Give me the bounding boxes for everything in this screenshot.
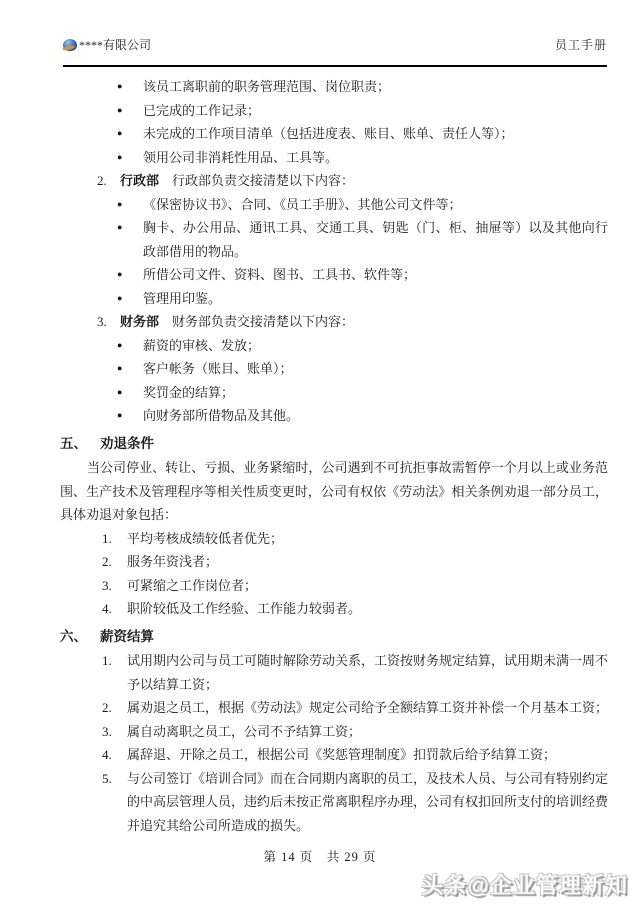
list-item-text: 职阶较低及工作经验、工作能力较弱者。 <box>127 601 361 616</box>
bullet-icon: ● <box>117 381 122 405</box>
sub-numbered-item: 5.与公司签订《培训合同》而在合同期内离职的员工，及技术人员、与公司有特别约定的… <box>60 767 608 838</box>
company-brand: ****有限公司 <box>63 36 151 53</box>
bullet-list-item: ●向财务部所借物品及其他。 <box>60 404 608 428</box>
section-heading: 五、劝退条件 <box>60 432 608 456</box>
item-number: 4. <box>102 743 112 767</box>
bullet-list-item: ●客户帐务（账目、账单）； <box>60 357 608 381</box>
company-logo-icon <box>63 39 77 51</box>
list-item-text: 服务年资浅者； <box>127 554 218 569</box>
numbered-list-item: 3.财务部财务部负责交接清楚以下内容： <box>60 310 608 334</box>
bullet-list-item: ●薪资的审核、发放； <box>60 334 608 358</box>
bullet-icon: ● <box>117 334 122 358</box>
page-number: 第 14 页 共 29 页 <box>0 847 640 865</box>
section-heading: 六、薪资结算 <box>60 625 608 649</box>
list-item-text: 胸卡、办公用品、通讯工具、交通工具、钥匙（门、柜、抽屉等）以及其他向行政部借用的… <box>143 220 608 259</box>
list-item-text: 已完成的工作记录； <box>143 103 260 118</box>
list-item-text: 管理用印鉴。 <box>143 291 221 306</box>
document-page: ****有限公司 员工手册 ●该员工离职前的职务管理范围、岗位职责；●已完成的工… <box>0 0 640 905</box>
list-item-text: 该员工离职前的职务管理范围、岗位职责； <box>143 79 390 94</box>
item-number: 2. <box>102 696 112 720</box>
bullet-list-item: ●所借公司文件、资料、图书、工具书、软件等； <box>60 263 608 287</box>
bullet-list-item: ●已完成的工作记录； <box>60 99 608 123</box>
bullet-icon: ● <box>117 193 122 217</box>
bullet-list-item: ●胸卡、办公用品、通讯工具、交通工具、钥匙（门、柜、抽屉等）以及其他向行政部借用… <box>60 216 608 263</box>
list-item-text: 客户帐务（账目、账单）； <box>143 361 293 376</box>
bullet-list-item: ●领用公司非消耗性用品、工具等。 <box>60 146 608 170</box>
list-item-text: 所借公司文件、资料、图书、工具书、软件等； <box>143 267 416 282</box>
numbered-list-item: 2.行政部行政部负责交接清楚以下内容： <box>60 169 608 193</box>
page-header: ****有限公司 员工手册 <box>0 0 640 53</box>
section-number: 五、 <box>60 436 87 451</box>
watermark-text: 头条@企业管理新知 <box>422 869 628 900</box>
paragraph: 当公司停业、转让、亏损、业务紧缩时，公司遇到不可抗拒事故需暂停一个月以上或业务范… <box>60 456 608 527</box>
section-title: 薪资结算 <box>100 629 154 644</box>
item-number: 4. <box>102 597 112 621</box>
department-label: 财务部 <box>120 314 159 329</box>
sub-numbered-item: 2.服务年资浅者； <box>60 550 608 574</box>
list-item-text: 行政部负责交接清楚以下内容： <box>172 173 354 188</box>
sub-numbered-item: 2.属劝退之员工，根据《劳动法》规定公司给予全额结算工资并补偿一个月基本工资； <box>60 696 608 720</box>
list-item-text: 属自动离职之员工，公司不予结算工资； <box>127 724 361 739</box>
list-item-text: 可紧缩之工作岗位者； <box>127 578 257 593</box>
bullet-list-item: ●管理用印鉴。 <box>60 287 608 311</box>
bullet-icon: ● <box>117 146 122 170</box>
bullet-icon: ● <box>117 122 122 146</box>
item-number: 3. <box>97 310 107 334</box>
list-item-text: 未完成的工作项目清单（包括进度表、账目、账单、责任人等）； <box>143 126 514 141</box>
bullet-list-item: ●该员工离职前的职务管理范围、岗位职责； <box>60 75 608 99</box>
bullet-list-item: ●《保密协议书》、合同、《员工手册》、其他公司文件等； <box>60 193 608 217</box>
bullet-list-item: ●未完成的工作项目清单（包括进度表、账目、账单、责任人等）； <box>60 122 608 146</box>
document-body: ●该员工离职前的职务管理范围、岗位职责；●已完成的工作记录；●未完成的工作项目清… <box>60 75 608 837</box>
item-number: 1. <box>102 649 112 673</box>
bullet-icon: ● <box>117 357 122 381</box>
list-item-text: 财务部负责交接清楚以下内容： <box>172 314 354 329</box>
list-item-text: 属劝退之员工，根据《劳动法》规定公司给予全额结算工资并补偿一个月基本工资； <box>127 700 608 715</box>
sub-numbered-item: 3.可紧缩之工作岗位者； <box>60 574 608 598</box>
sub-numbered-item: 4.职阶较低及工作经验、工作能力较弱者。 <box>60 597 608 621</box>
list-item-text: 奖罚金的结算； <box>143 385 234 400</box>
item-number: 3. <box>102 720 112 744</box>
item-number: 5. <box>102 767 112 791</box>
bullet-icon: ● <box>117 404 122 428</box>
item-number: 2. <box>97 169 107 193</box>
sub-numbered-item: 4.属辞退、开除之员工，根据公司《奖惩管理制度》扣罚款后给予结算工资； <box>60 743 608 767</box>
section-number: 六、 <box>60 629 87 644</box>
list-item-text: 与公司签订《培训合同》而在合同期内离职的员工，及技术人员、与公司有特别约定的中高… <box>127 771 608 833</box>
bullet-list-item: ●奖罚金的结算； <box>60 381 608 405</box>
list-item-text: 薪资的审核、发放； <box>143 338 260 353</box>
bullet-icon: ● <box>117 287 122 311</box>
section-title: 劝退条件 <box>100 436 154 451</box>
item-number: 3. <box>102 574 112 598</box>
sub-numbered-item: 1.试用期内公司与员工可随时解除劳动关系，工资按财务规定结算，试用期未满一周不予… <box>60 649 608 696</box>
sub-numbered-item: 3.属自动离职之员工，公司不予结算工资； <box>60 720 608 744</box>
bullet-icon: ● <box>117 263 122 287</box>
doc-title: 员工手册 <box>555 36 607 53</box>
company-name: ****有限公司 <box>79 36 151 53</box>
item-number: 2. <box>102 550 112 574</box>
list-item-text: 试用期内公司与员工可随时解除劳动关系，工资按财务规定结算，试用期未满一周不予以结… <box>127 653 608 692</box>
sub-numbered-item: 1.平均考核成绩较低者优先； <box>60 527 608 551</box>
paragraph-text: 当公司停业、转让、亏损、业务紧缩时，公司遇到不可抗拒事故需暂停一个月以上或业务范… <box>60 456 608 527</box>
list-item-text: 《保密协议书》、合同、《员工手册》、其他公司文件等； <box>143 197 462 212</box>
bullet-icon: ● <box>117 99 122 123</box>
bullet-icon: ● <box>117 216 122 240</box>
item-number: 1. <box>102 527 112 551</box>
list-item-text: 属辞退、开除之员工，根据公司《奖惩管理制度》扣罚款后给予结算工资； <box>127 747 556 762</box>
list-item-text: 领用公司非消耗性用品、工具等。 <box>143 150 338 165</box>
list-item-text: 平均考核成绩较低者优先； <box>127 531 283 546</box>
bullet-icon: ● <box>117 75 122 99</box>
department-label: 行政部 <box>120 173 159 188</box>
list-item-text: 向财务部所借物品及其他。 <box>143 408 299 423</box>
header-divider <box>63 65 607 67</box>
